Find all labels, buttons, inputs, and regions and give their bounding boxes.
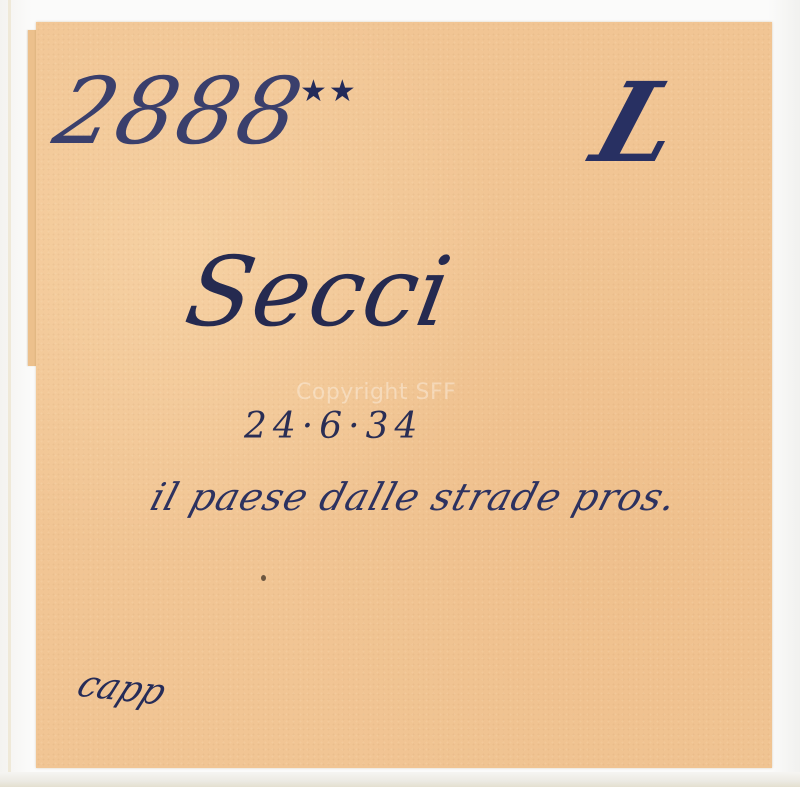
star-marks-icon: ★★ (300, 74, 358, 109)
copyright-watermark: Copyright SFF (296, 380, 456, 405)
place-name: Secci (178, 236, 459, 348)
paper-blemish (261, 575, 266, 581)
catalog-number: 2888 (45, 58, 314, 165)
bottom-edge-strip (0, 772, 800, 787)
left-edge-strip (8, 0, 11, 787)
footer-note: capp (71, 664, 173, 714)
date: 24·6·34 (244, 406, 423, 447)
description: il paese dalle strade pros. (146, 475, 683, 519)
